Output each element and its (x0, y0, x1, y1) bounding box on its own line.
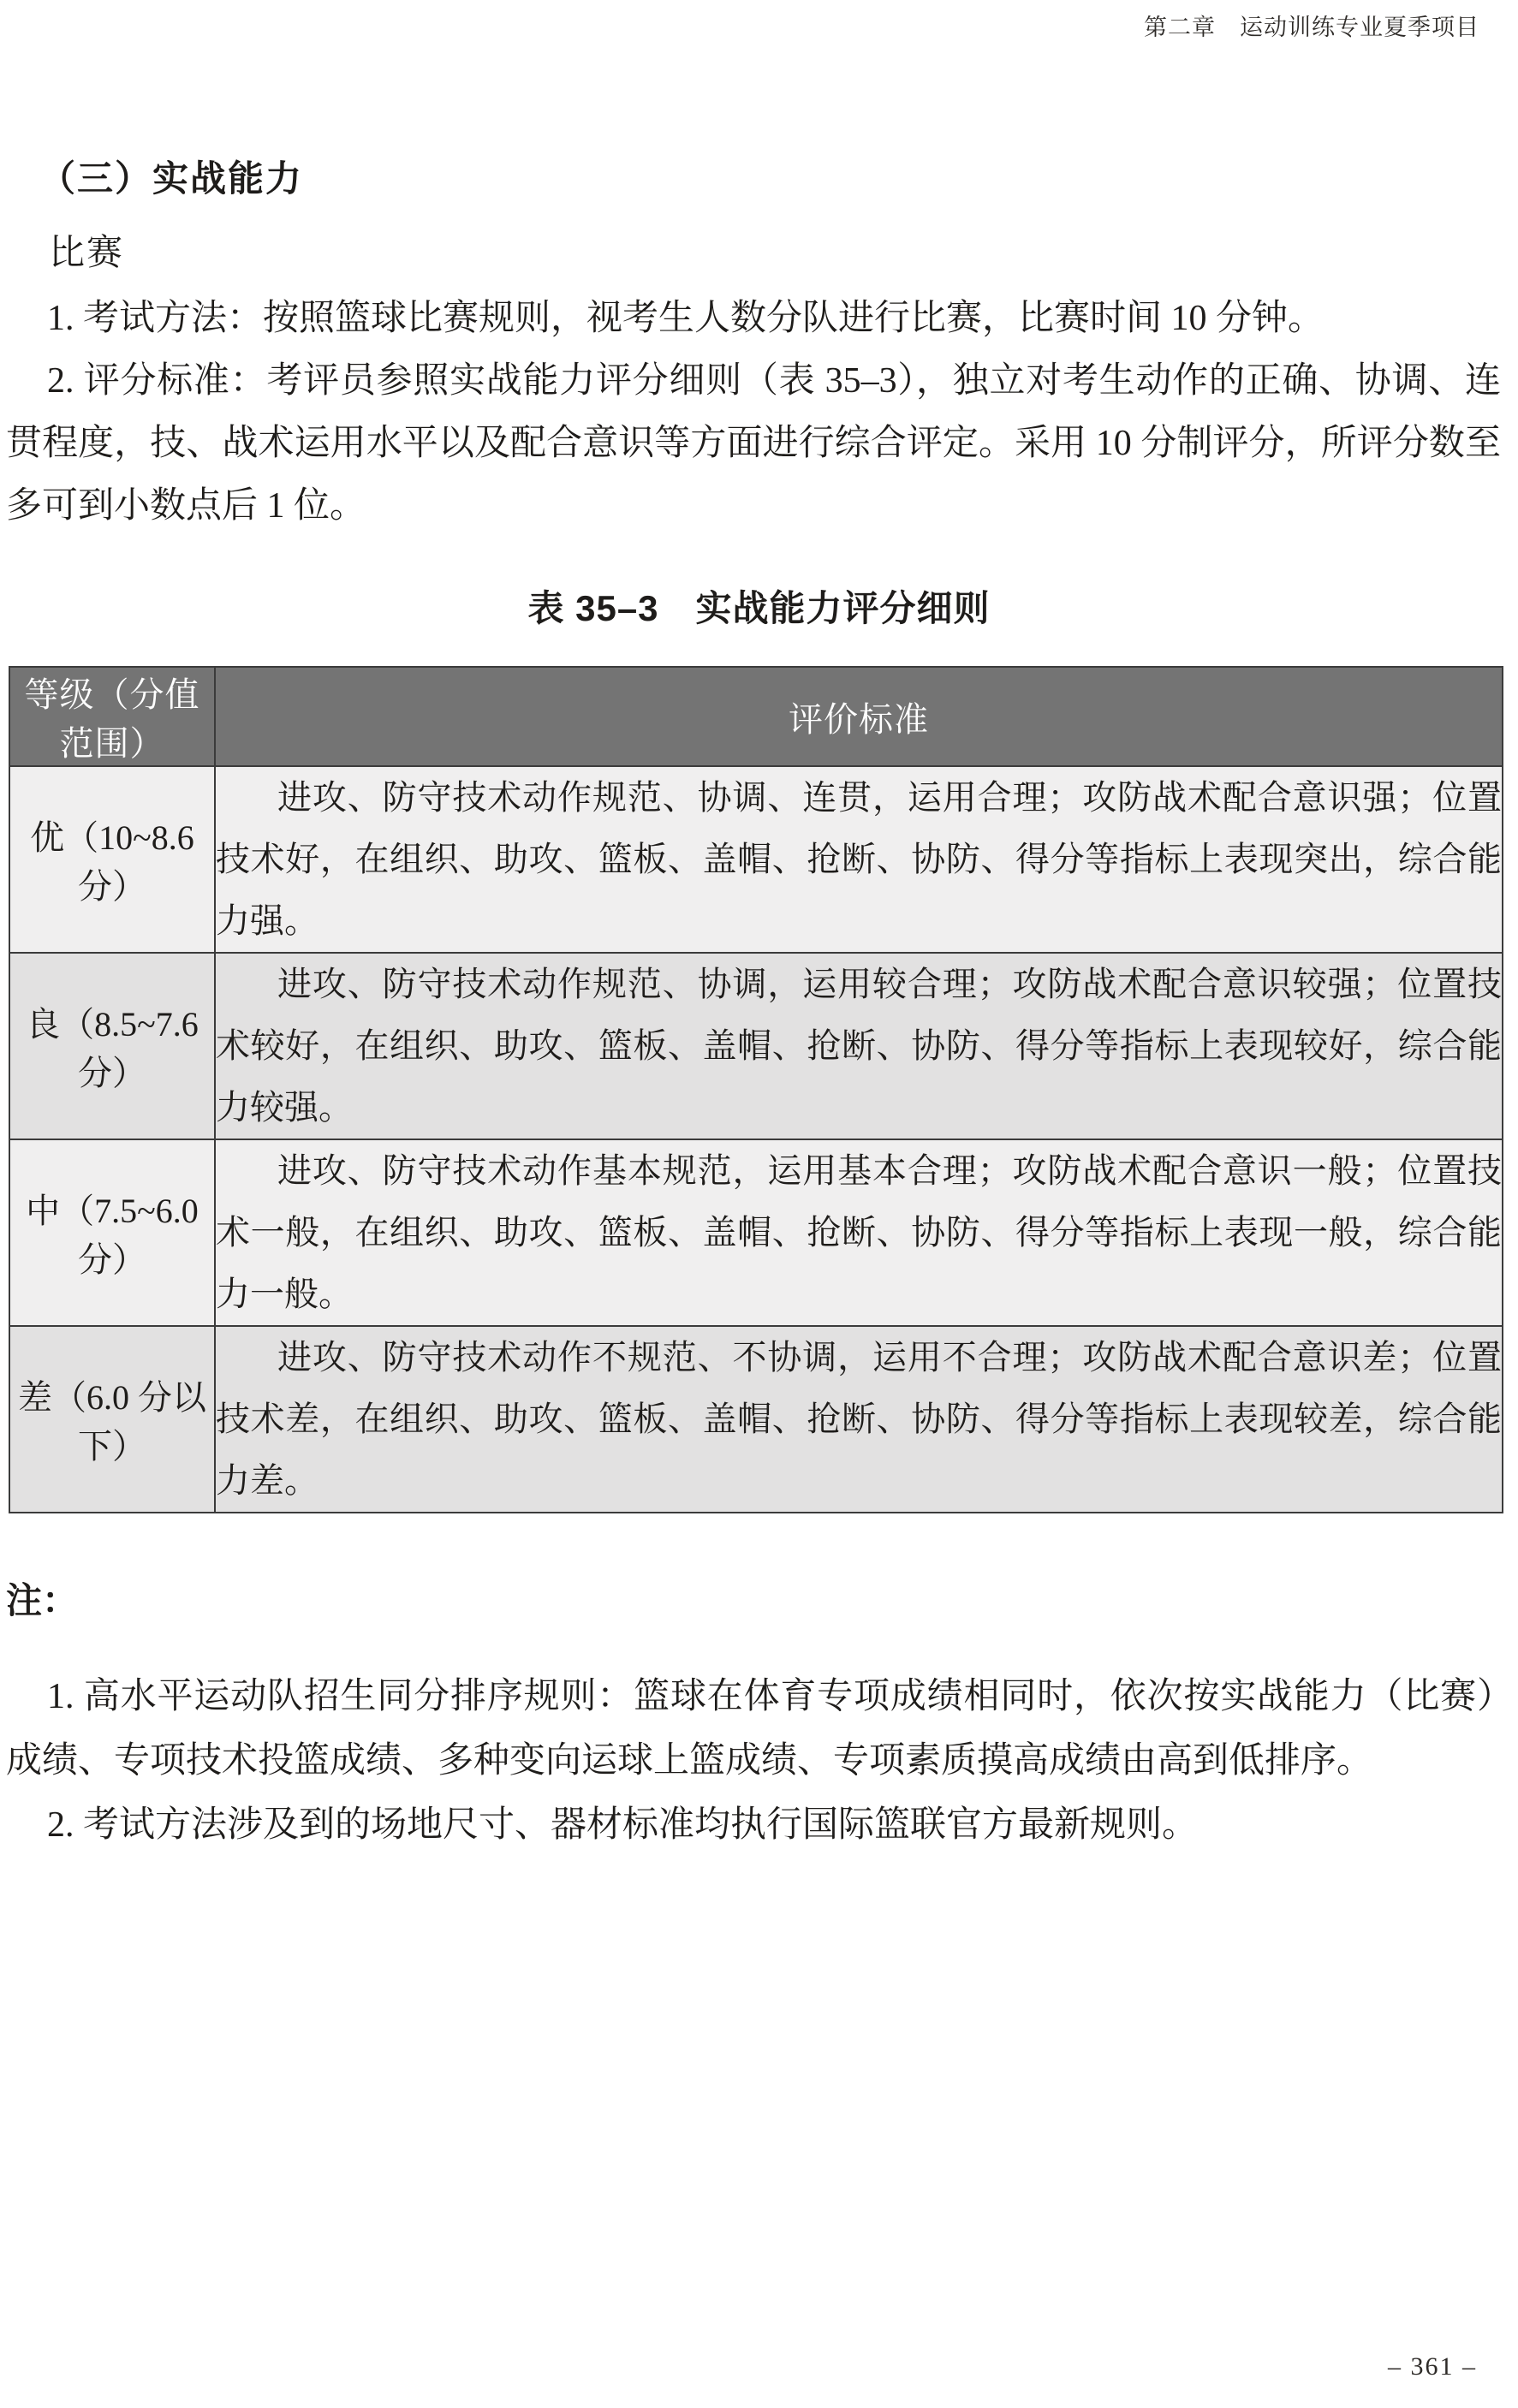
grade-cell: 良（8.5~7.6 分） (9, 953, 215, 1139)
criteria-text: 进攻、防守技术动作规范、协调，运用较合理；攻防战术配合意识较强；位置技术较好，在… (216, 954, 1502, 1139)
column-header-grade: 等级（分值范围） (9, 667, 215, 766)
notes-section: 注： 1. 高水平运动队招生同分排序规则：篮球在体育专项成绩相同时，依次按实战能… (6, 1568, 1513, 1858)
table-row-poor: 差（6.0 分以下） 进攻、防守技术动作不规范、不协调，运用不合理；攻防战术配合… (9, 1326, 1503, 1513)
criteria-cell: 进攻、防守技术动作不规范、不协调，运用不合理；攻防战术配合意识差；位置技术差，在… (215, 1326, 1503, 1513)
note-item-2: 2. 考试方法涉及到的场地尺寸、器材标准均执行国际篮联官方最新规则。 (6, 1793, 1513, 1858)
column-header-criteria: 评价标准 (215, 667, 1503, 766)
page-number: – 361 – (1388, 2352, 1477, 2381)
criteria-cell: 进攻、防守技术动作规范、协调、连贯，运用合理；攻防战术配合意识强；位置技术好，在… (215, 766, 1503, 953)
grade-cell: 中（7.5~6.0 分） (9, 1139, 215, 1326)
table-caption: 表 35–3 实战能力评分细则 (0, 580, 1518, 632)
page-header: 第二章 运动训练专业夏季项目 (1144, 9, 1479, 42)
criteria-cell: 进攻、防守技术动作基本规范，运用基本合理；攻防战术配合意识一般；位置技术一般，在… (215, 1139, 1503, 1326)
section-heading: （三）实战能力 (39, 151, 303, 202)
note-item-1: 1. 高水平运动队招生同分排序规则：篮球在体育专项成绩相同时，依次按实战能力（比… (6, 1665, 1513, 1793)
score-table: 等级（分值范围） 评价标准 优（10~8.6 分） 进攻、防守技术动作规范、协调… (9, 666, 1503, 1513)
table-row-excellent: 优（10~8.6 分） 进攻、防守技术动作规范、协调、连贯，运用合理；攻防战术配… (9, 766, 1503, 953)
body-text: 1. 考试方法：按照篮球比赛规则，视考生人数分队进行比赛，比赛时间 10 分钟。… (6, 288, 1501, 538)
section-subheading: 比赛 (49, 224, 124, 276)
table-header-row: 等级（分值范围） 评价标准 (9, 667, 1503, 766)
document-page: { "page": { "header": "第二章 运动训练专业夏季项目", … (0, 0, 1518, 2408)
paragraph-exam-method: 1. 考试方法：按照篮球比赛规则，视考生人数分队进行比赛，比赛时间 10 分钟。 (6, 288, 1501, 350)
paragraph-scoring-standard: 2. 评分标准：考评员参照实战能力评分细则（表 35–3），独立对考生动作的正确… (6, 350, 1501, 538)
criteria-text: 进攻、防守技术动作基本规范，运用基本合理；攻防战术配合意识一般；位置技术一般，在… (216, 1140, 1502, 1325)
criteria-text: 进攻、防守技术动作规范、协调、连贯，运用合理；攻防战术配合意识强；位置技术好，在… (216, 767, 1502, 952)
criteria-text: 进攻、防守技术动作不规范、不协调，运用不合理；攻防战术配合意识差；位置技术差，在… (216, 1327, 1502, 1512)
grade-cell: 差（6.0 分以下） (9, 1326, 215, 1513)
table-row-medium: 中（7.5~6.0 分） 进攻、防守技术动作基本规范，运用基本合理；攻防战术配合… (9, 1139, 1503, 1326)
notes-label: 注： (6, 1568, 1513, 1632)
table-row-good: 良（8.5~7.6 分） 进攻、防守技术动作规范、协调，运用较合理；攻防战术配合… (9, 953, 1503, 1139)
grade-cell: 优（10~8.6 分） (9, 766, 215, 953)
criteria-cell: 进攻、防守技术动作规范、协调，运用较合理；攻防战术配合意识较强；位置技术较好，在… (215, 953, 1503, 1139)
